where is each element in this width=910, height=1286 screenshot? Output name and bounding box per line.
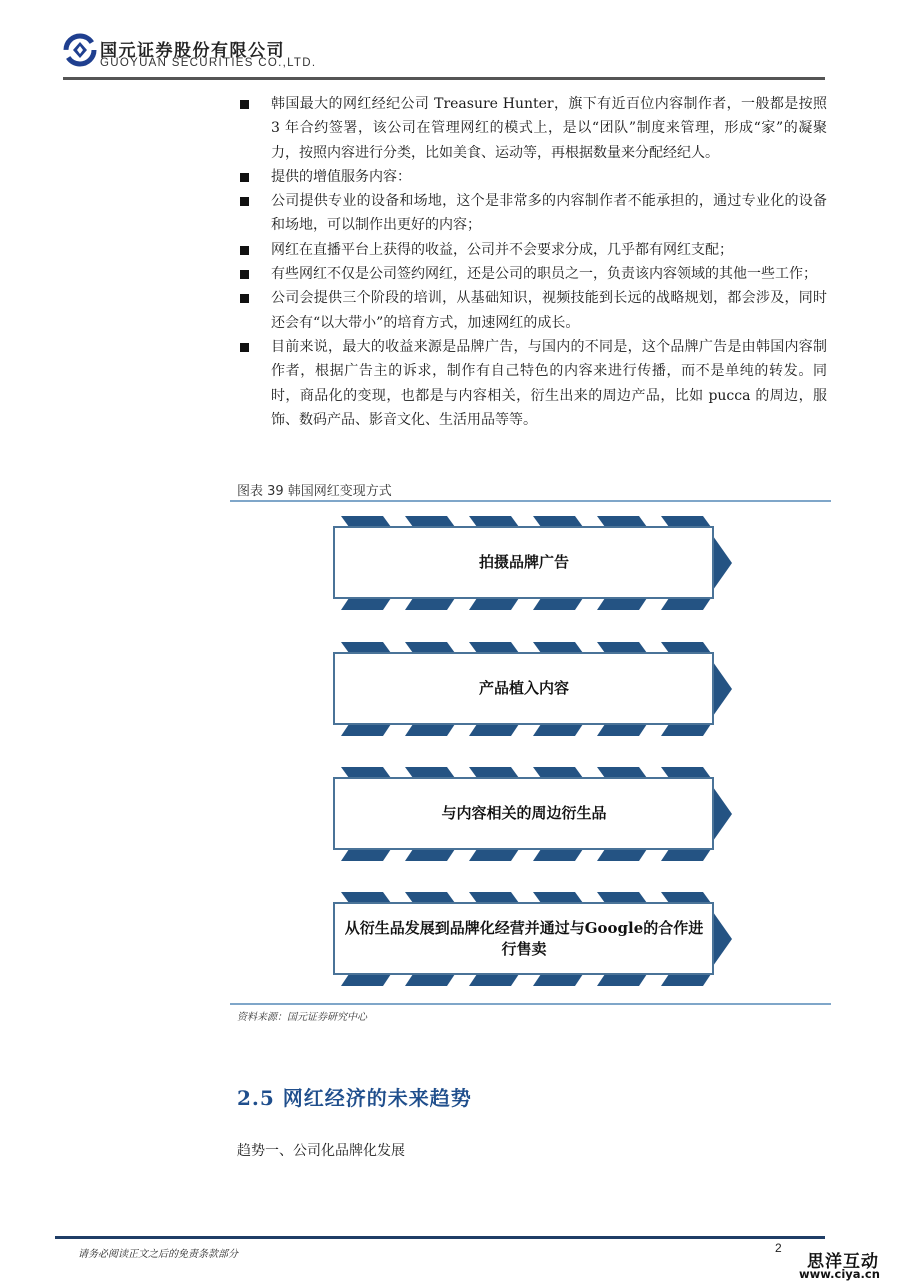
section-heading: 2.5 网红经济的未来趋势 (237, 1082, 472, 1111)
bullet-square-icon (240, 343, 249, 352)
bullet-item: 有些网红不仅是公司签约网红，还是公司的职员之一，负责该内容领域的其他一些工作； (237, 262, 827, 286)
bullet-square-icon (240, 294, 249, 303)
diagram-step-2: 产品植入内容 (333, 642, 733, 738)
diagram-step-1: 拍摄品牌广告 (333, 516, 733, 612)
bullet-item: 提供的增值服务内容： (237, 165, 827, 189)
bullet-square-icon (240, 270, 249, 279)
bullet-square-icon (240, 197, 249, 206)
bullet-square-icon (240, 173, 249, 182)
bullet-item: 公司会提供三个阶段的培训，从基础知识，视频技能到长远的战略规划，都会涉及，同时还… (237, 286, 827, 335)
bullet-square-icon (240, 246, 249, 255)
footer-divider (55, 1236, 825, 1239)
bullet-item: 公司提供专业的设备和场地，这个是非常多的内容制作者不能承担的，通过专业化的设备和… (237, 189, 827, 238)
company-name-en: GUOYUAN SECURITIES CO.,LTD. (100, 57, 316, 69)
header-divider (63, 77, 825, 80)
diagram-step-4: 从衍生品发展到品牌化经营并通过与Google的合作进行售卖 (333, 892, 733, 988)
figure-source: 资料来源：国元证券研究中心 (237, 1008, 367, 1023)
figure-bottom-rule (230, 1003, 831, 1005)
bullet-list: 韩国最大的网红经纪公司 Treasure Hunter，旗下有近百位内容制作者，… (237, 92, 827, 432)
bullet-item: 网红在直播平台上获得的收益，公司并不会要求分成，几乎都有网红支配； (237, 238, 827, 262)
footer-disclaimer: 请务必阅读正文之后的免责条款部分 (78, 1245, 238, 1260)
step-label: 拍摄品牌广告 (335, 527, 713, 598)
figure-top-rule (230, 500, 831, 502)
bullet-item: 目前来说，最大的收益来源是品牌广告，与国内的不同是，这个品牌广告是由韩国内容制作… (237, 335, 827, 432)
diagram-step-3: 与内容相关的周边衍生品 (333, 767, 733, 863)
company-logo-icon (63, 33, 97, 67)
bullet-item: 韩国最大的网红经纪公司 Treasure Hunter，旗下有近百位内容制作者，… (237, 92, 827, 165)
figure-caption: 图表 39 韩国网红变现方式 (237, 480, 392, 499)
bullet-square-icon (240, 100, 249, 109)
step-label: 产品植入内容 (335, 653, 713, 724)
section-subheading: 趋势一、公司化品牌化发展 (237, 1140, 405, 1160)
watermark-url: www.ciya.cn (799, 1267, 880, 1281)
step-label: 从衍生品发展到品牌化经营并通过与Google的合作进行售卖 (335, 903, 713, 974)
step-label: 与内容相关的周边衍生品 (335, 778, 713, 849)
page-number: 2 (775, 1241, 782, 1255)
